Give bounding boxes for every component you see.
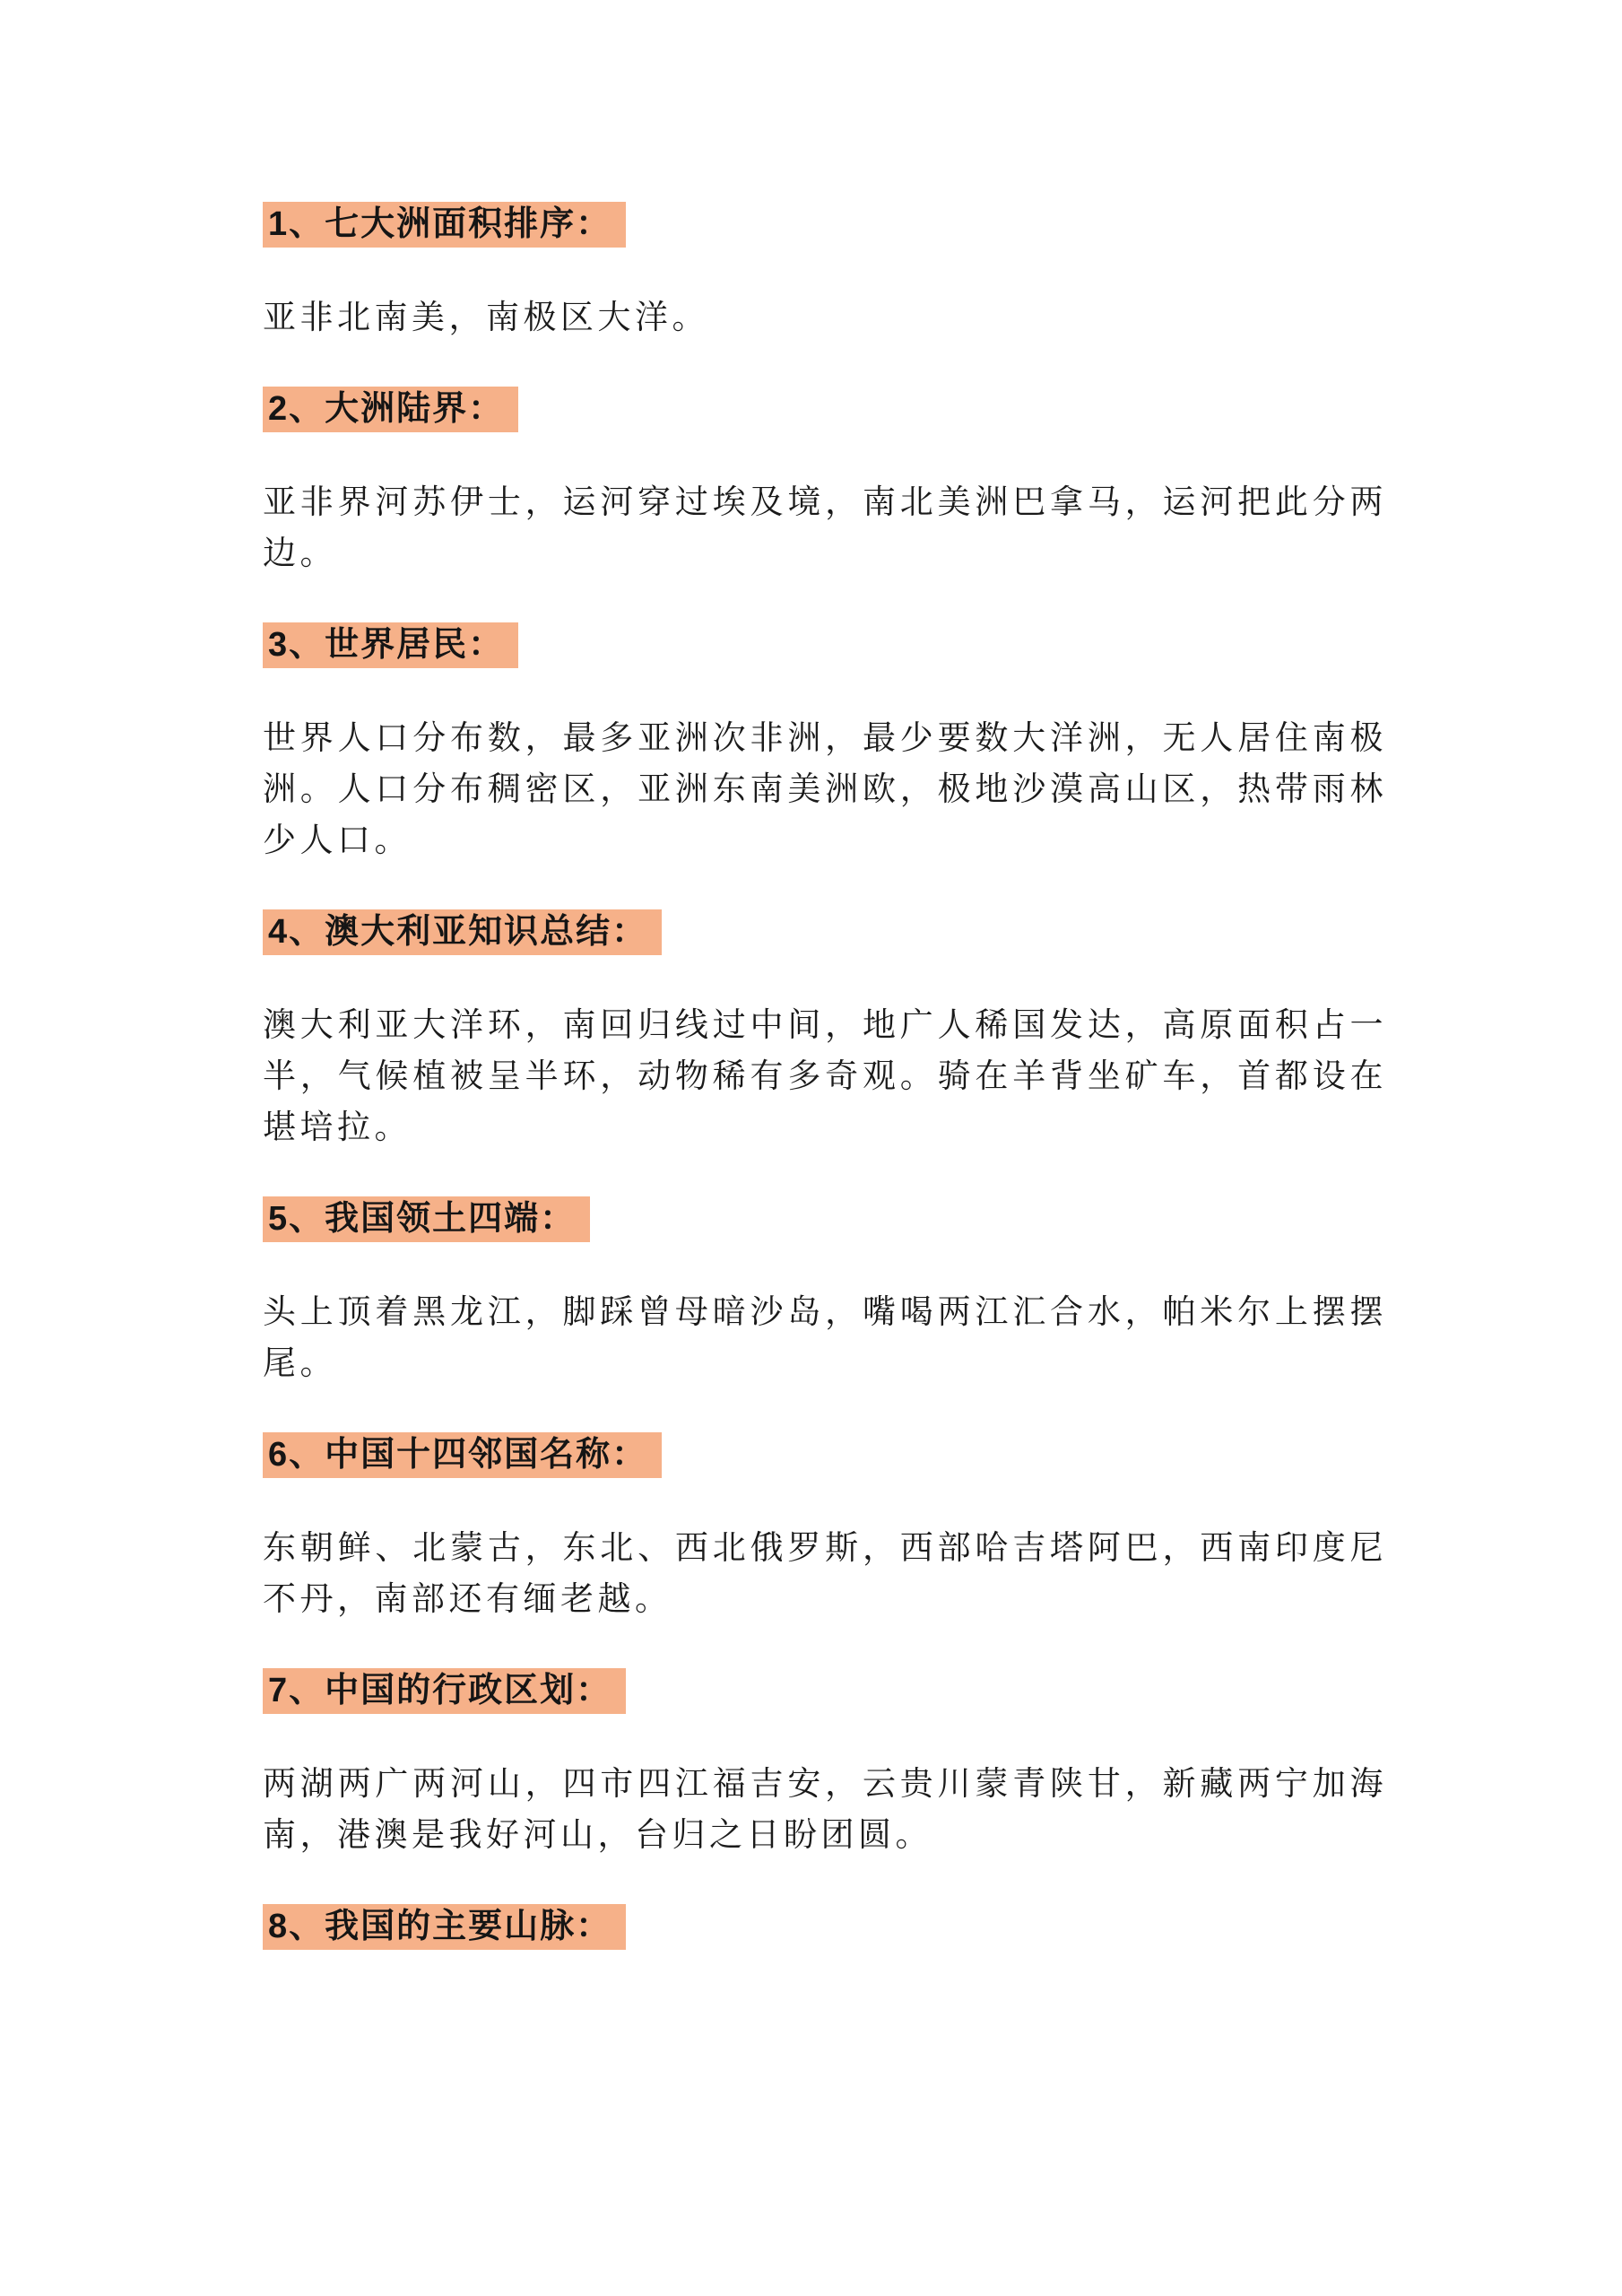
section-5-heading: 5、我国领土四端： (263, 1196, 1387, 1242)
heading-highlight: 6、中国十四邻国名称： (263, 1432, 662, 1478)
section-8: 8、我国的主要山脉： (263, 1904, 1387, 1950)
section-1-heading: 1、七大洲面积排序： (263, 202, 1387, 248)
section-2: 2、大洲陆界： 亚非界河苏伊士，运河穿过埃及境，南北美洲巴拿马，运河把此分两边。 (263, 387, 1387, 579)
heading-highlight: 8、我国的主要山脉： (263, 1904, 626, 1950)
section-1: 1、七大洲面积排序： 亚非北南美，南极区大洋。 (263, 202, 1387, 344)
section-2-heading: 2、大洲陆界： (263, 387, 1387, 432)
section-1-body: 亚非北南美，南极区大洋。 (263, 292, 1387, 344)
section-3-heading: 3、世界居民： (263, 622, 1387, 668)
heading-highlight: 4、澳大利亚知识总结： (263, 909, 662, 955)
section-3-body: 世界人口分布数，最多亚洲次非洲，最少要数大洋洲，无人居住南极洲。人口分布稠密区，… (263, 713, 1387, 866)
section-7: 7、中国的行政区划： 两湖两广两河山，四市四江福吉安，云贵川蒙青陕甘，新藏两宁加… (263, 1668, 1387, 1861)
section-6: 6、中国十四邻国名称： 东朝鲜、北蒙古，东北、西北俄罗斯，西部哈吉塔阿巴，西南印… (263, 1432, 1387, 1625)
heading-highlight: 2、大洲陆界： (263, 387, 518, 432)
section-4-heading: 4、澳大利亚知识总结： (263, 909, 1387, 955)
heading-highlight: 1、七大洲面积排序： (263, 202, 626, 248)
section-2-body: 亚非界河苏伊士，运河穿过埃及境，南北美洲巴拿马，运河把此分两边。 (263, 477, 1387, 579)
section-5-body: 头上顶着黑龙江，脚踩曾母暗沙岛，嘴喝两江汇合水，帕米尔上摆摆尾。 (263, 1287, 1387, 1389)
section-5: 5、我国领土四端： 头上顶着黑龙江，脚踩曾母暗沙岛，嘴喝两江汇合水，帕米尔上摆摆… (263, 1196, 1387, 1389)
section-4-body: 澳大利亚大洋环，南回归线过中间，地广人稀国发达，高原面积占一半，气候植被呈半环，… (263, 1000, 1387, 1153)
section-7-heading: 7、中国的行政区划： (263, 1668, 1387, 1714)
section-3: 3、世界居民： 世界人口分布数，最多亚洲次非洲，最少要数大洋洲，无人居住南极洲。… (263, 622, 1387, 866)
document-page: 1、七大洲面积排序： 亚非北南美，南极区大洋。 2、大洲陆界： 亚非界河苏伊士，… (0, 0, 1622, 2296)
section-8-heading: 8、我国的主要山脉： (263, 1904, 1387, 1950)
section-4: 4、澳大利亚知识总结： 澳大利亚大洋环，南回归线过中间，地广人稀国发达，高原面积… (263, 909, 1387, 1153)
heading-highlight: 5、我国领土四端： (263, 1196, 590, 1242)
section-6-body: 东朝鲜、北蒙古，东北、西北俄罗斯，西部哈吉塔阿巴，西南印度尼不丹，南部还有缅老越… (263, 1523, 1387, 1625)
section-6-heading: 6、中国十四邻国名称： (263, 1432, 1387, 1478)
section-7-body: 两湖两广两河山，四市四江福吉安，云贵川蒙青陕甘，新藏两宁加海南，港澳是我好河山，… (263, 1759, 1387, 1861)
heading-highlight: 7、中国的行政区划： (263, 1668, 626, 1714)
heading-highlight: 3、世界居民： (263, 622, 518, 668)
